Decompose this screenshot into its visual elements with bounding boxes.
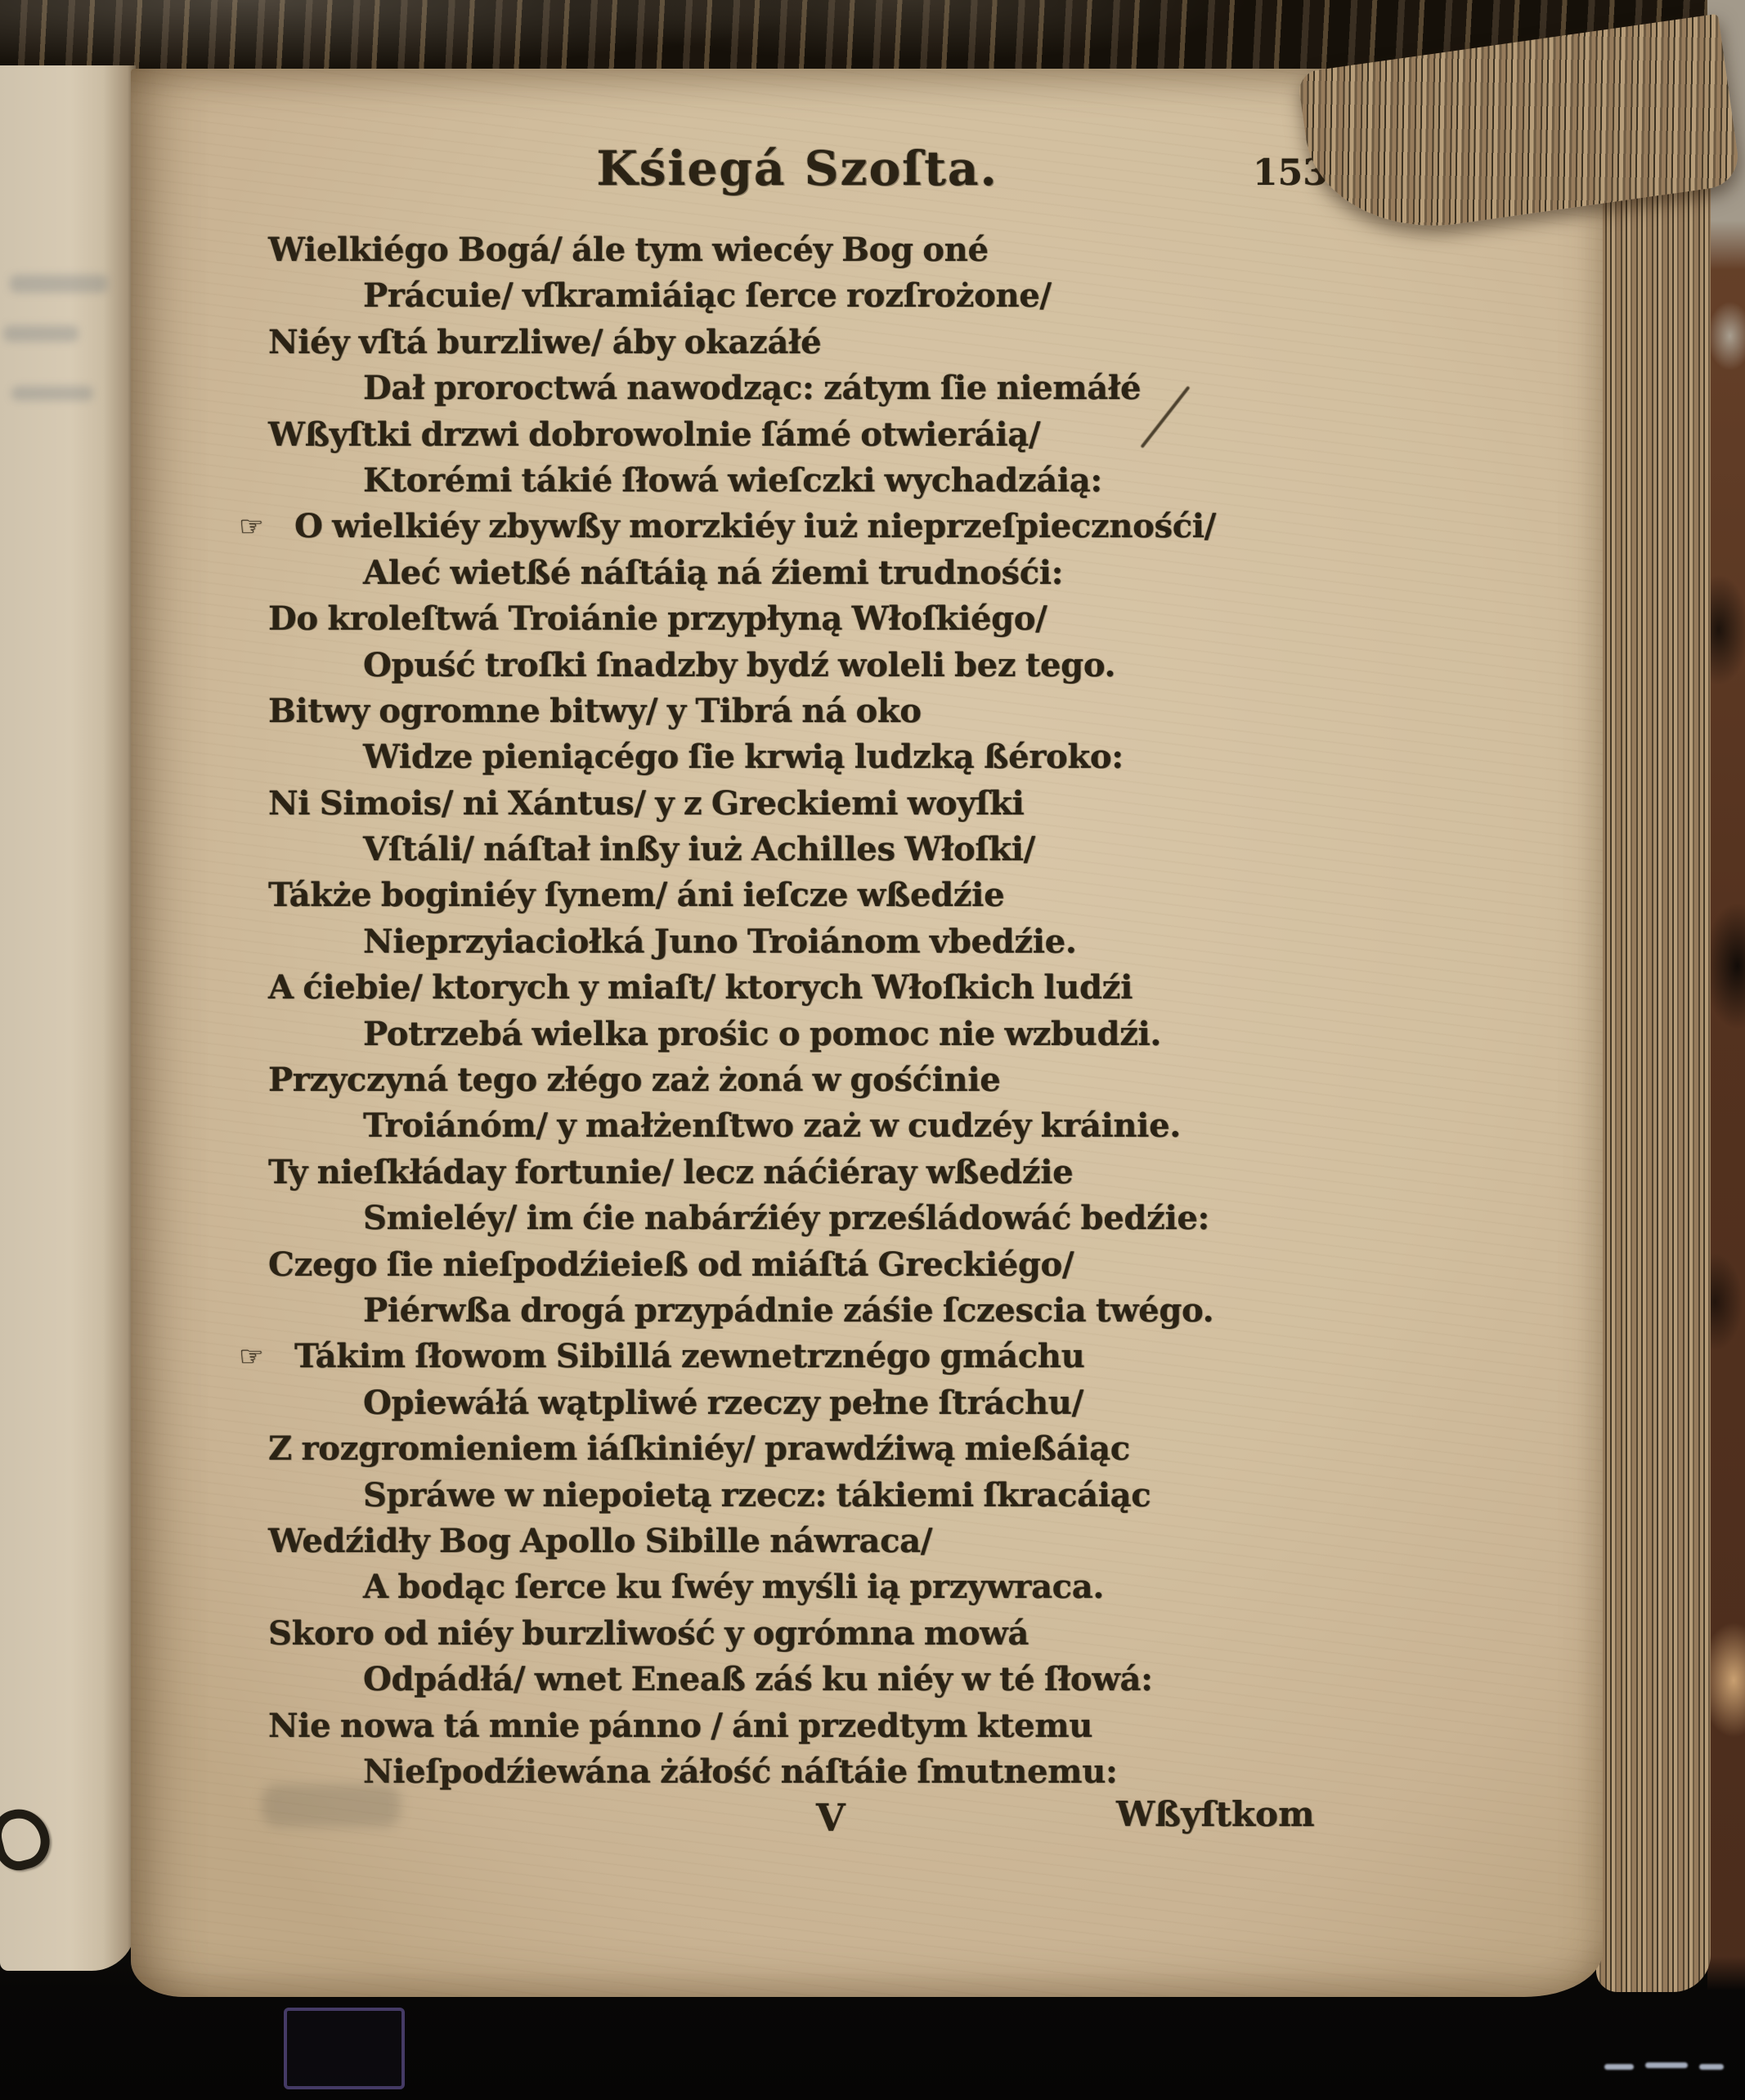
poem-line: Opiewáłá wątpliwé rzeczy pełne ſtráchu/ bbox=[268, 1384, 1544, 1429]
poem-line: Troiánóm/ y małżenſtwo zaż w cudzéy krái… bbox=[268, 1106, 1544, 1152]
poem-line-text: Niéy vſtá burzliwe/ áby okazáłé bbox=[268, 323, 821, 361]
poem-line-text: Nie nowa tá mnie pánno / áni przedtym kt… bbox=[268, 1707, 1092, 1745]
poem-line: A ćiebie/ ktorych y miaſt/ ktorych Włoſk… bbox=[268, 968, 1544, 1014]
poem-line-text: Prácuie/ vſkramiáiąc ſerce rozſrożone/ bbox=[363, 276, 1052, 315]
poem: Wielkiégo Bogá/ ále tym wiecéy Bog onéPr… bbox=[268, 231, 1544, 1798]
poem-line: Przyczyná tego złégo zaż żoná w gośćinie bbox=[268, 1061, 1544, 1106]
poem-line: Do kroleſtwá Troiánie przypłyną Włoſkiég… bbox=[268, 599, 1544, 645]
poem-line-text: Opiewáłá wątpliwé rzeczy pełne ſtráchu/ bbox=[363, 1384, 1083, 1422]
poem-line: Opuść troſki ſnadzby bydź woleli bez teg… bbox=[268, 646, 1544, 692]
poem-line-text: Spráwe w niepoietą rzecz: tákiemi ſkracá… bbox=[363, 1476, 1151, 1514]
poem-line-text: Skoro od niéy burzliwość y ogrómna mowá bbox=[268, 1614, 1029, 1653]
poem-line-text: Wielkiégo Bogá/ ále tym wiecéy Bog oné bbox=[268, 231, 989, 269]
poem-line: Wedźidły Bog Apollo Sibille náwraca/ bbox=[268, 1522, 1544, 1568]
poem-line: Aleć wietßé náſtáią ná źiemi trudnośći: bbox=[268, 554, 1544, 599]
poem-line-text: Ktorémi tákié ſłowá wieſczki wychadzáią: bbox=[363, 461, 1102, 500]
poem-line-text: Tákże boginiéy ſynem/ áni ieſcze wßedźie bbox=[268, 876, 1004, 914]
poem-line: Ktorémi tákié ſłowá wieſczki wychadzáią: bbox=[268, 461, 1544, 507]
poem-line-text: Bitwy ogromne bitwy/ y Tibrá ná oko bbox=[268, 692, 922, 730]
poem-line: Wßyſtki drzwi dobrowolnie ſámé otwieráią… bbox=[268, 415, 1544, 461]
poem-line-text: Ni Simois/ ni Xántus/ y z Greckiemi woyſ… bbox=[268, 784, 1024, 823]
poem-line: Nieſpodźiewána żáłość náſtáie ſmutnemu: bbox=[268, 1752, 1544, 1798]
poem-line-text: Dał proroctwá nawodząc: zátym ſie niemáł… bbox=[363, 369, 1141, 407]
catchword: Wßyſtkom bbox=[1116, 1794, 1315, 1834]
poem-line-text: O wielkiéy zbywßy morzkiéy iuż nieprzeſp… bbox=[294, 507, 1216, 545]
poem-line: Piérwßa drogá przypádnie záśie ſczescia … bbox=[268, 1291, 1544, 1337]
poem-line: Widze pieniącégo ſie krwią ludzką ßéroko… bbox=[268, 738, 1544, 783]
poem-line: Ty nieſkłáday fortunie/ lecz náćiéray wß… bbox=[268, 1153, 1544, 1199]
poem-line-text: Czego ſie nieſpodźieieß od miáſtá Grecki… bbox=[268, 1245, 1074, 1284]
poem-line-text: Widze pieniącégo ſie krwią ludzką ßéroko… bbox=[363, 738, 1124, 776]
book-page: Kśiegá Szoſta. 153 Wielkiégo Bogá/ ále t… bbox=[131, 69, 1603, 1997]
ink-smudge bbox=[262, 1784, 401, 1827]
poem-line: Skoro od niéy burzliwość y ogrómna mowá bbox=[268, 1614, 1544, 1660]
poem-line: Nie nowa tá mnie pánno / áni przedtym kt… bbox=[268, 1707, 1544, 1752]
fore-edge-page-stack bbox=[1596, 67, 1711, 1992]
poem-line: ☞Tákim ſłowom Sibillá zewnetrznégo gmách… bbox=[268, 1337, 1544, 1383]
poem-line: Wielkiégo Bogá/ ále tym wiecéy Bog oné bbox=[268, 231, 1544, 276]
book-cradle-reflection bbox=[284, 2008, 405, 2089]
poem-line-text: Odpádłá/ wnet Eneaß záś ku niéy w té ſło… bbox=[363, 1660, 1153, 1698]
poem-line: Vſtáli/ náſtał inßy iuż Achilles Włoſki/ bbox=[268, 830, 1544, 876]
poem-line: Tákże boginiéy ſynem/ áni ieſcze wßedźie bbox=[268, 876, 1544, 922]
poem-line: ☞O wielkiéy zbywßy morzkiéy iuż nieprzeſ… bbox=[268, 507, 1544, 553]
ink-showthrough-smudge bbox=[11, 386, 93, 401]
poem-line-text: Tákim ſłowom Sibillá zewnetrznégo gmáchu bbox=[294, 1337, 1084, 1375]
poem-line: Prácuie/ vſkramiáiąc ſerce rozſrożone/ bbox=[268, 276, 1544, 322]
poem-line-text: Piérwßa drogá przypádnie záśie ſczescia … bbox=[363, 1291, 1213, 1330]
poem-line: Bitwy ogromne bitwy/ y Tibrá ná oko bbox=[268, 692, 1544, 738]
ink-showthrough-smudge bbox=[10, 275, 108, 293]
poem-line: Potrzebá wielka prośic o pomoc nie wzbud… bbox=[268, 1015, 1544, 1061]
poem-line-text: Opuść troſki ſnadzby bydź woleli bez teg… bbox=[363, 646, 1115, 684]
poem-line-text: A ćiebie/ ktorych y miaſt/ ktorych Włoſk… bbox=[268, 968, 1133, 1007]
light-glint bbox=[1645, 2062, 1688, 2068]
poem-line: Czego ſie nieſpodźieieß od miáſtá Grecki… bbox=[268, 1245, 1544, 1291]
gathering-signature: V bbox=[816, 1796, 846, 1840]
poem-line-text: Ty nieſkłáday fortunie/ lecz náćiéray wß… bbox=[268, 1153, 1073, 1191]
paragraph-fist-icon: ☞ bbox=[239, 510, 263, 543]
poem-line-text: A bodąc ſerce ku ſwéy myśli ią przywraca… bbox=[363, 1568, 1104, 1606]
poem-line-text: Do kroleſtwá Troiánie przypłyną Włoſkiég… bbox=[268, 599, 1047, 638]
facing-page-sliver bbox=[0, 65, 136, 1971]
poem-line: Ni Simois/ ni Xántus/ y z Greckiemi woyſ… bbox=[268, 784, 1544, 830]
ink-showthrough-smudge bbox=[3, 325, 79, 342]
poem-line-text: Smieléy/ im ćie nabárźiéy prześládowáć b… bbox=[363, 1199, 1209, 1237]
poem-line-text: Nieſpodźiewána żáłość náſtáie ſmutnemu: bbox=[363, 1752, 1117, 1791]
running-title: Kśiegá Szoſta. bbox=[515, 141, 1079, 196]
poem-line-text: Wedźidły Bog Apollo Sibille náwraca/ bbox=[268, 1522, 932, 1560]
poem-line-text: Aleć wietßé náſtáią ná źiemi trudnośći: bbox=[363, 554, 1063, 592]
marbled-cover-strip bbox=[1707, 0, 1745, 2100]
poem-line-text: Wßyſtki drzwi dobrowolnie ſámé otwieráią… bbox=[268, 415, 1040, 454]
poem-line-text: Troiánóm/ y małżenſtwo zaż w cudzéy krái… bbox=[363, 1106, 1181, 1145]
poem-line-text: Przyczyná tego złégo zaż żoná w gośćinie bbox=[268, 1061, 1000, 1099]
light-glint bbox=[1699, 2064, 1724, 2070]
poem-line-text: Potrzebá wielka prośic o pomoc nie wzbud… bbox=[363, 1015, 1161, 1053]
poem-line: Smieléy/ im ćie nabárźiéy prześládowáć b… bbox=[268, 1199, 1544, 1245]
poem-line: Niéy vſtá burzliwe/ áby okazáłé bbox=[268, 323, 1544, 369]
light-glint bbox=[1604, 2064, 1634, 2070]
book-scan-photo: Kśiegá Szoſta. 153 Wielkiégo Bogá/ ále t… bbox=[0, 0, 1745, 2100]
poem-line-text: Z rozgromieniem iáſkiniéy/ prawdźiwą mie… bbox=[268, 1429, 1130, 1468]
poem-line: Odpádłá/ wnet Eneaß záś ku niéy w té ſło… bbox=[268, 1660, 1544, 1706]
poem-line: Nieprzyiaciołká Juno Troiánom vbedźie. bbox=[268, 922, 1544, 968]
paragraph-fist-icon: ☞ bbox=[239, 1340, 263, 1373]
poem-line: A bodąc ſerce ku ſwéy myśli ią przywraca… bbox=[268, 1568, 1544, 1613]
poem-line: Spráwe w niepoietą rzecz: tákiemi ſkracá… bbox=[268, 1476, 1544, 1522]
poem-line-text: Vſtáli/ náſtał inßy iuż Achilles Włoſki/ bbox=[363, 830, 1035, 868]
poem-line: Z rozgromieniem iáſkiniéy/ prawdźiwą mie… bbox=[268, 1429, 1544, 1475]
poem-line-text: Nieprzyiaciołká Juno Troiánom vbedźie. bbox=[363, 922, 1076, 961]
poem-line: Dał proroctwá nawodząc: zátym ſie niemáł… bbox=[268, 369, 1544, 415]
